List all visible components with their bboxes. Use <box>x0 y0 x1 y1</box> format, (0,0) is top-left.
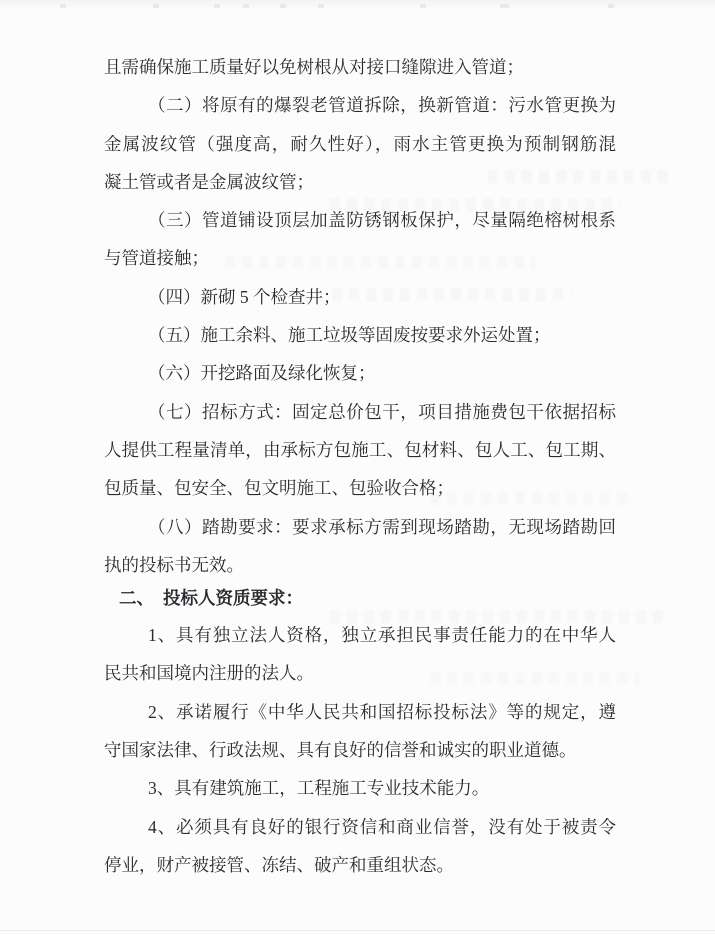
text-line: （六）开挖路面及绿化恢复； <box>104 354 616 392</box>
scan-speck <box>608 4 614 8</box>
text-line: （八）踏勘要求：要求承标方需到现场踏勘，无现场踏勘回 <box>104 508 616 546</box>
text-line: 包质量、包安全、包文明施工、包验收合格； <box>104 469 616 507</box>
text-line: （五）施工余料、施工垃圾等固废按要求外运处置； <box>104 316 616 354</box>
text-line: 守国家法律、行政法规、具有良好的信誉和诚实的职业道德。 <box>104 731 616 769</box>
scan-speck <box>500 4 509 8</box>
section-heading-number: 二、 <box>119 588 154 608</box>
text-line: （三）管道铺设顶层加盖防锈钢板保护，尽量隔绝榕树根系 <box>104 201 616 239</box>
scanned-page: 且需确保施工质量好以免树根从对接口缝隙进入管道；（二）将原有的爆裂老管道拆除，换… <box>0 0 715 934</box>
scan-speck <box>214 4 220 8</box>
scan-speck <box>153 4 159 8</box>
section-heading: 二、投标人资质要求： <box>104 580 616 616</box>
page-bottom-edge <box>0 930 715 931</box>
text-line: 执的投标书无效。 <box>104 546 616 584</box>
text-line: 3、具有建筑施工，工程施工专业技术能力。 <box>104 769 616 807</box>
document-body: 且需确保施工质量好以免树根从对接口缝隙进入管道；（二）将原有的爆裂老管道拆除，换… <box>104 48 616 884</box>
scan-speck <box>243 4 249 8</box>
text-line: 停业，财产被接管、冻结、破产和重组状态。 <box>104 846 616 884</box>
text-line: 人提供工程量清单，由承标方包施工、包材料、包人工、包工期、 <box>104 431 616 469</box>
text-line: 1、具有独立法人资格，独立承担民事责任能力的在中华人 <box>104 616 616 654</box>
scan-speck <box>60 4 66 8</box>
text-line: 且需确保施工质量好以免树根从对接口缝隙进入管道； <box>104 48 616 86</box>
scan-speck <box>420 4 426 8</box>
page-top-edge <box>0 0 715 11</box>
section-heading-label: 投标人资质要求： <box>163 588 303 608</box>
text-line: 2、承诺履行《中华人民共和国招标投标法》等的规定，遵 <box>104 693 616 731</box>
scan-speck <box>280 4 286 8</box>
scan-speck <box>318 4 324 8</box>
text-line: （七）招标方式：固定总价包干，项目措施费包干依据招标 <box>104 393 616 431</box>
text-line: 4、必须具有良好的银行资信和商业信誉，没有处于被责令 <box>104 808 616 846</box>
text-line: （二）将原有的爆裂老管道拆除，换新管道：污水管更换为 <box>104 86 616 124</box>
text-line: 凝土管或者是金属波纹管； <box>104 163 616 201</box>
text-line: 金属波纹管（强度高，耐久性好），雨水主管更换为预制钢筋混 <box>104 125 616 163</box>
text-line: 与管道接触； <box>104 239 616 277</box>
text-line: 民共和国境内注册的法人。 <box>104 654 616 692</box>
text-line: （四）新砌 5 个检查井； <box>104 278 616 316</box>
